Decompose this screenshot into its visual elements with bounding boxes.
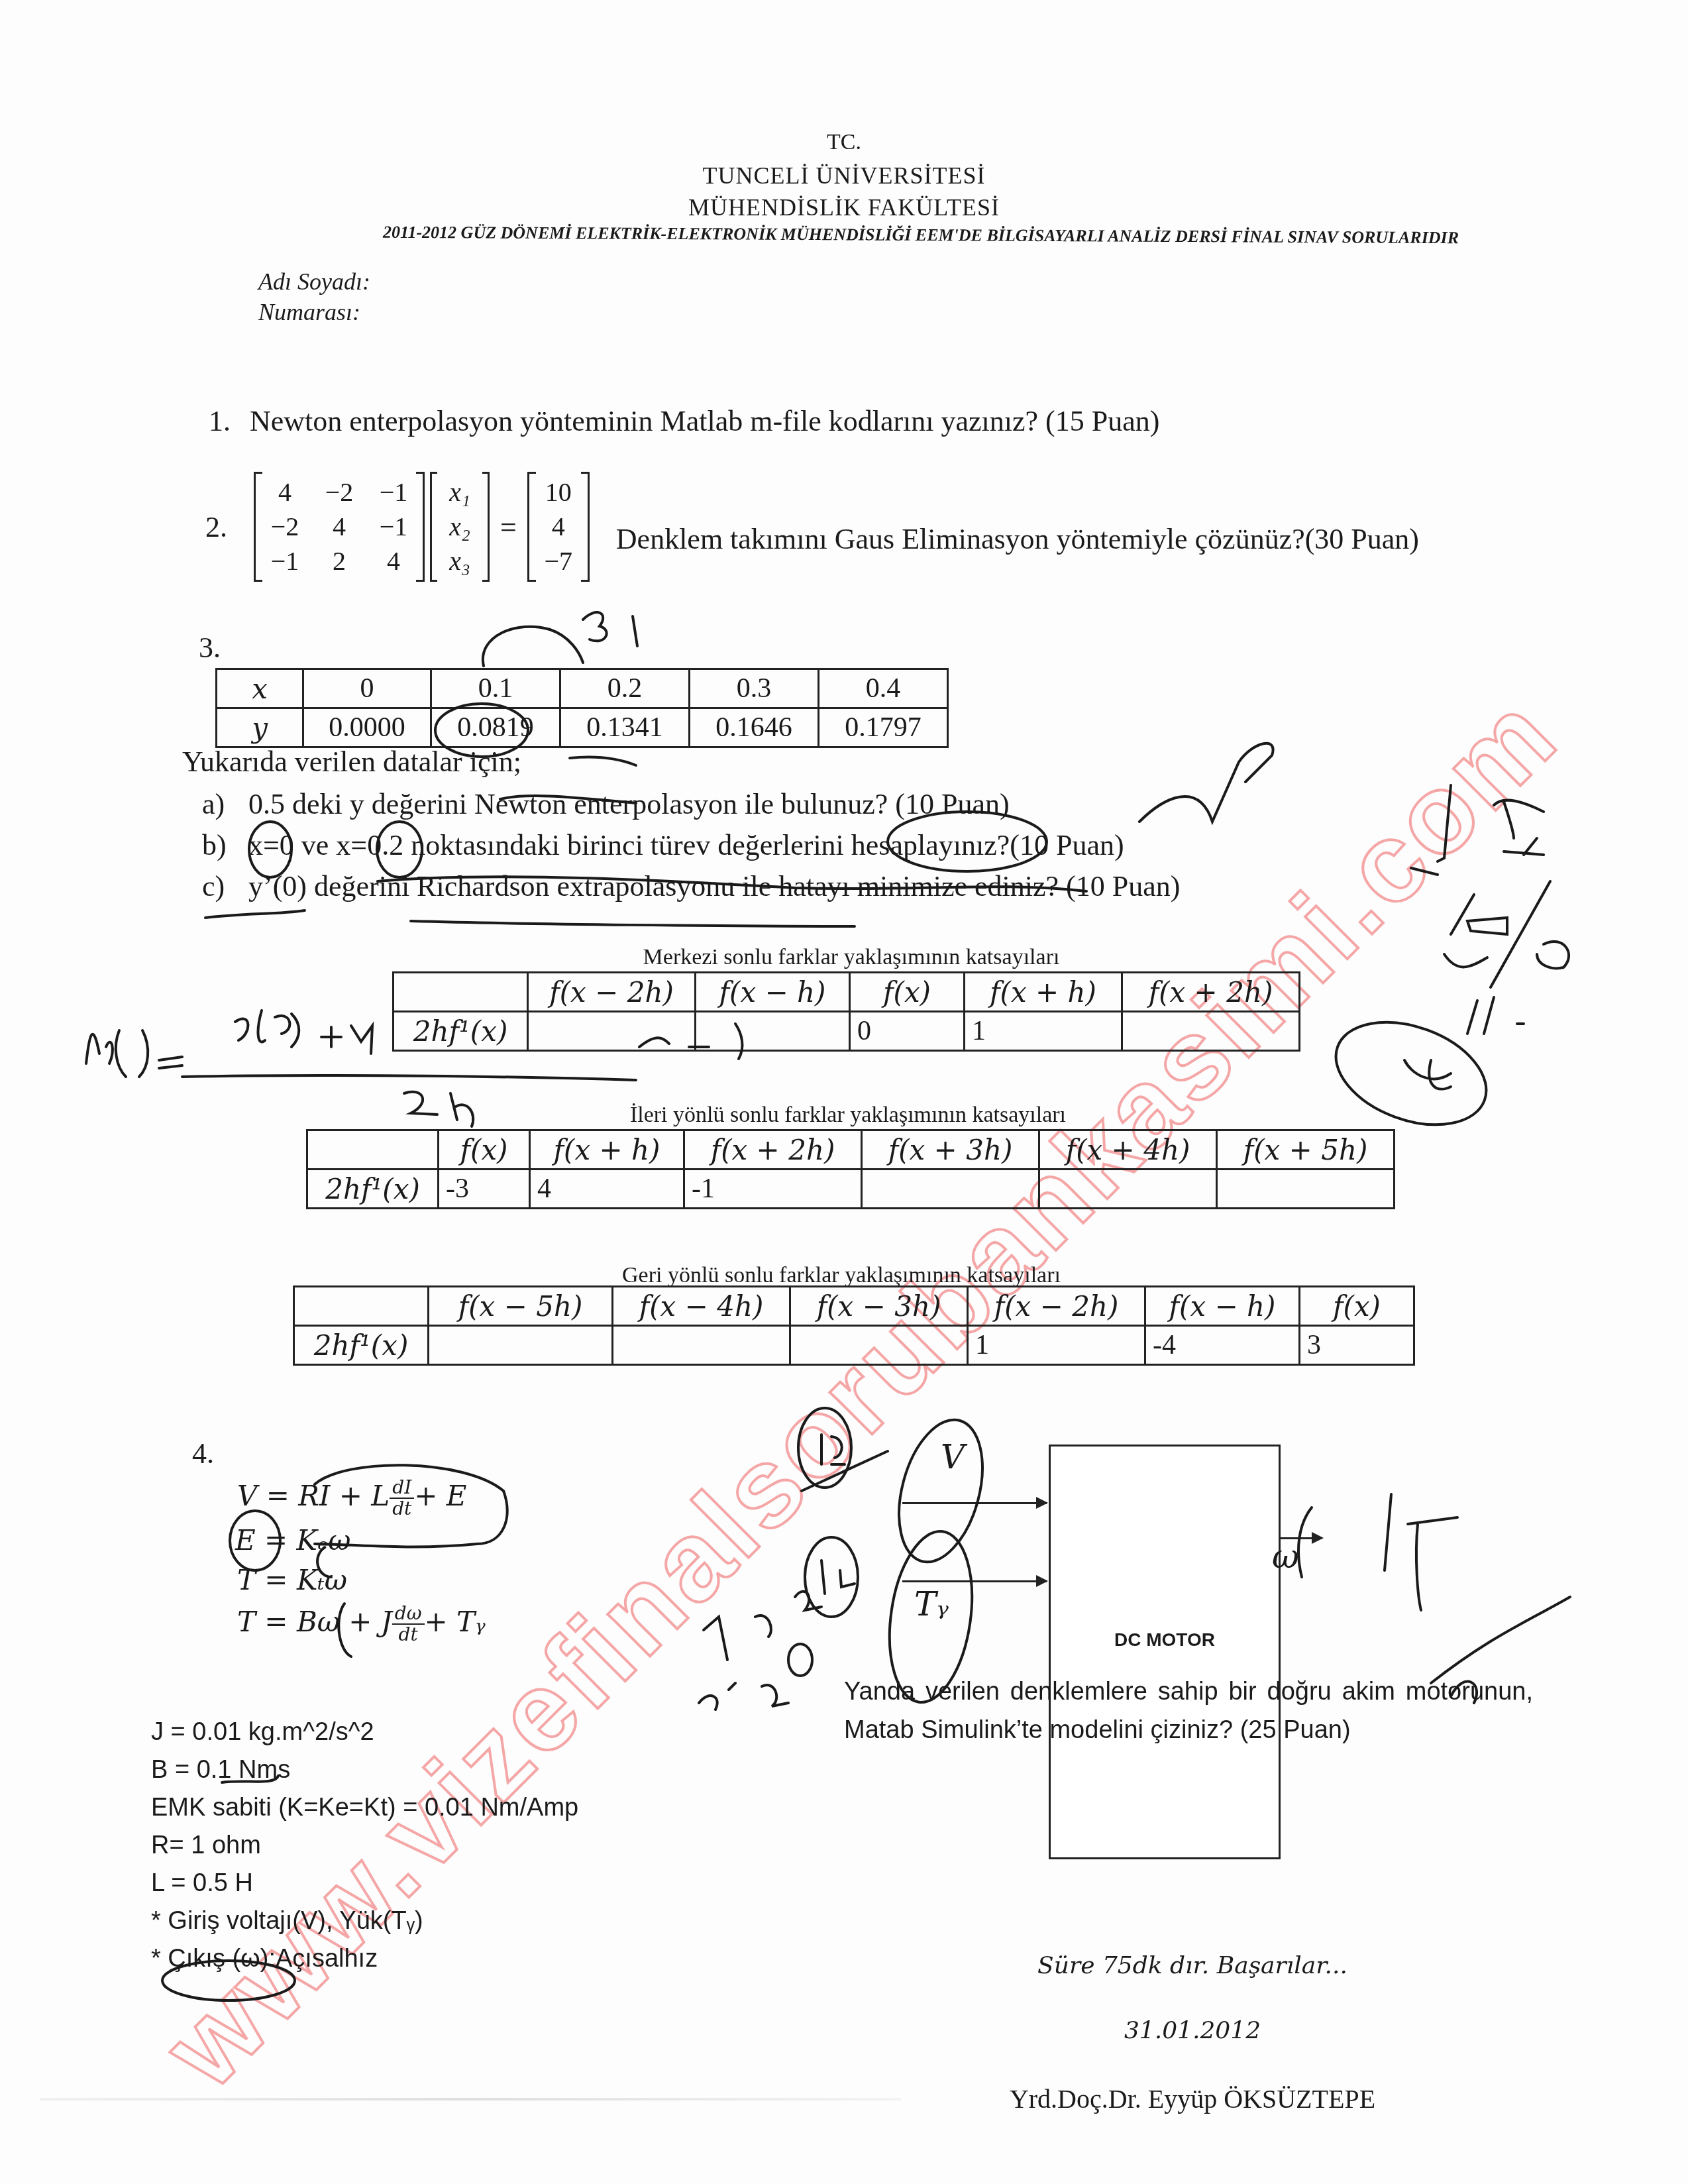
question-3-part-a: a)0.5 deki y değerini Newton enterpolasy… — [202, 787, 1180, 828]
input-arrow-voltage — [902, 1502, 1047, 1504]
coefficient-cell: 1 — [968, 1326, 1145, 1365]
scan-artifact — [40, 2098, 901, 2101]
header-cell: f(x) — [850, 973, 965, 1012]
parameter-line: J = 0.01 kg.m^2/s^2 — [151, 1714, 578, 1751]
header-cell: f(x − 3h) — [790, 1287, 968, 1326]
equation-emf: E = Kₑω — [235, 1524, 350, 1556]
x-value: 0 — [303, 669, 431, 708]
vector-cell: 4 — [540, 510, 577, 544]
coefficient-cell: -3 — [439, 1170, 530, 1209]
question-text: Denklem takımını Gaus Eliminasyon yöntem… — [616, 522, 1419, 556]
dc-motor-block: DC MOTOR — [1049, 1445, 1281, 1859]
output-label-omega: ω — [1272, 1537, 1299, 1576]
question-4-number: 4. — [192, 1437, 214, 1470]
faculty-name: MÜHENDİSLİK FAKÜLTESİ — [0, 193, 1688, 221]
exam-subtitle: 2011-2012 GÜZ DÖNEMİ ELEKTRİK-ELEKTRONİK… — [358, 223, 1484, 248]
student-number-field: Numarası: — [258, 298, 360, 326]
vector-b: 104−7 — [527, 472, 590, 582]
forward-table-caption: İleri yönlü sonlu farklar yaklaşımının k… — [305, 1103, 1391, 1128]
vector-cell: x₁ — [441, 475, 478, 510]
coefficient-cell: -4 — [1145, 1326, 1300, 1365]
x-label: x — [217, 669, 303, 708]
matrix-cell: −2 — [266, 510, 303, 544]
y-value: 0.0819 — [431, 708, 560, 747]
matrix-cell: 4 — [266, 475, 303, 510]
coefficient-cell: 1 — [965, 1012, 1122, 1051]
header-cell: f(x + 3h) — [862, 1130, 1039, 1170]
question-4-text: Yanda verilen denklemlere sahip bir doğr… — [844, 1672, 1533, 1749]
data-table: x00.10.20.30.4 y0.00000.08190.13410.1646… — [215, 668, 949, 748]
part-label: a) — [202, 787, 248, 821]
header-cell: f(x − 5h) — [429, 1287, 613, 1326]
coefficient-cell — [696, 1012, 850, 1051]
matrix-cell: 4 — [321, 510, 358, 544]
question-3-number: 3. — [199, 631, 221, 665]
vector-cell: 10 — [540, 475, 577, 510]
parameter-line: L = 0.5 H — [151, 1865, 578, 1902]
matrix-cell: −1 — [266, 544, 303, 578]
header-cell: f(x − h) — [1145, 1287, 1300, 1326]
row-label: 2hf¹(x) — [394, 1012, 528, 1051]
central-table-caption: Merkezi sonlu farklar yaklaşımının katsa… — [391, 945, 1312, 970]
parameter-line: B = 0.1 Nms — [151, 1751, 578, 1789]
header-cell: f(x − 2h) — [968, 1287, 1145, 1326]
corner-cell — [294, 1287, 429, 1326]
corner-cell — [307, 1130, 439, 1170]
equation-torque-1: T = Kₜω — [237, 1564, 347, 1596]
coefficient-cell — [429, 1326, 613, 1365]
header-cell: f(x + h) — [530, 1130, 684, 1170]
y-value: 0.1341 — [560, 708, 690, 747]
central-difference-table: f(x − 2h)f(x − h)f(x)f(x + h)f(x + 2h)2h… — [392, 971, 1300, 1052]
motor-parameters: J = 0.01 kg.m^2/s^2B = 0.1 NmsEMK sabiti… — [151, 1714, 578, 1978]
question-3-part-b: b)x=0 ve x=0.2 noktasındaki birinci türe… — [202, 828, 1180, 869]
vector-cell: x₂ — [441, 510, 478, 544]
equals-sign: = — [500, 510, 517, 544]
y-value: 0.1797 — [819, 708, 948, 747]
coefficient-cell: 3 — [1300, 1326, 1414, 1365]
parameter-line: R= 1 ohm — [151, 1827, 578, 1865]
matrix-cell: 4 — [375, 544, 412, 578]
matrix-cell: −1 — [375, 510, 412, 544]
header-cell: f(x + h) — [965, 973, 1122, 1012]
equation-torque-2: T = Bω + Jdωdt+ Tᵧ — [237, 1604, 486, 1645]
header-cell: f(x − 2h) — [528, 973, 696, 1012]
coefficient-cell: 0 — [850, 1012, 965, 1051]
coefficient-cell — [790, 1326, 968, 1365]
question-3-part-c: c)y’(0) değerini Richardson extrapolasyo… — [202, 869, 1180, 910]
part-text: 0.5 deki y değerini Newton enterpolasyon… — [248, 788, 1010, 820]
coefficient-cell — [613, 1326, 790, 1365]
row-label: 2hf¹(x) — [294, 1326, 429, 1365]
exam-duration: Süre 75dk dır. Başarılar... — [961, 1952, 1424, 1979]
question-3-intro: Yukarıda verilen datalar için; — [182, 745, 521, 779]
x-value: 0.2 — [560, 669, 690, 708]
header-cell: f(x − h) — [696, 973, 850, 1012]
coefficient-cell — [1217, 1170, 1395, 1209]
coefficient-cell — [1039, 1170, 1217, 1209]
matrix-cell: −2 — [321, 475, 358, 510]
coefficient-cell: -1 — [684, 1170, 862, 1209]
university-name: TUNCELİ ÜNİVERSİTESİ — [0, 162, 1688, 190]
question-number: 1. — [209, 405, 231, 437]
question-number: 2. — [205, 510, 227, 544]
coefficient-cell: 4 — [530, 1170, 684, 1209]
header-cell: f(x + 2h) — [684, 1130, 862, 1170]
vector-cell: x₃ — [441, 544, 478, 578]
input-label-voltage: V — [941, 1438, 965, 1476]
instructor-name: Yrd.Doç.Dr. Eyyüp ÖKSÜZTEPE — [961, 2083, 1424, 2114]
backward-difference-table: f(x − 5h)f(x − 4h)f(x − 3h)f(x − 2h)f(x … — [293, 1285, 1415, 1366]
matrix-a: 4−2−1−24−1−124 — [254, 472, 425, 582]
coefficient-cell — [1122, 1012, 1300, 1051]
matrix-cell: 2 — [321, 544, 358, 578]
vector-x: x₁x₂x₃ — [430, 472, 490, 582]
parameter-line: EMK sabiti (K=Ke=Kt) = 0.01 Nm/Amp — [151, 1789, 578, 1827]
part-text: x=0 ve x=0.2 noktasındaki birinci türev … — [248, 829, 1124, 861]
x-value: 0.4 — [819, 669, 948, 708]
question-text: Newton enterpolasyon yönteminin Matlab m… — [250, 405, 1159, 437]
parameter-line: * Çıkış (ω):Açısalhız — [151, 1940, 578, 1978]
part-label: b) — [202, 828, 248, 862]
x-value: 0.3 — [690, 669, 819, 708]
coefficient-cell — [862, 1170, 1039, 1209]
header-cell: f(x) — [1300, 1287, 1414, 1326]
part-text: y’(0) değerini Richardson extrapolasyonu… — [248, 870, 1180, 902]
y-value: 0.1646 — [690, 708, 819, 747]
backward-table-caption: Geri yönlü sonlu farklar yaklaşımının ka… — [291, 1263, 1391, 1288]
header-tc: TC. — [0, 130, 1688, 155]
header-cell: f(x) — [439, 1130, 530, 1170]
header-cell: f(x − 4h) — [613, 1287, 790, 1326]
vector-cell: −7 — [540, 544, 577, 578]
exam-date: 31.01.2012 — [961, 2017, 1424, 2044]
x-value: 0.1 — [431, 669, 560, 708]
row-label: 2hf¹(x) — [307, 1170, 439, 1209]
corner-cell — [394, 973, 528, 1012]
matrix-cell: −1 — [375, 475, 412, 510]
y-label: y — [217, 708, 303, 747]
parameter-line: * Giriş voltajı(V), Yük(Tᵧ) — [151, 1902, 578, 1940]
header-cell: f(x + 5h) — [1217, 1130, 1395, 1170]
equation-voltage: V = RI + LdIdt+ E — [237, 1478, 466, 1519]
dc-motor-label: DC MOTOR — [1051, 1629, 1279, 1651]
question-2: 2. 4−2−1−24−1−124 x₁x₂x₃ = 104−7 Denklem… — [205, 472, 1419, 582]
student-name-field: Adı Soyadı: — [258, 268, 370, 296]
header-cell: f(x + 2h) — [1122, 973, 1300, 1012]
forward-difference-table: f(x)f(x + h)f(x + 2h)f(x + 3h)f(x + 4h)f… — [306, 1129, 1395, 1209]
y-value: 0.0000 — [303, 708, 431, 747]
part-label: c) — [202, 869, 248, 903]
question-3-parts: a)0.5 deki y değerini Newton enterpolasy… — [202, 787, 1180, 910]
question-1: 1. Newton enterpolasyon yönteminin Matla… — [209, 404, 1159, 438]
coefficient-cell — [528, 1012, 696, 1051]
input-arrow-load-torque — [902, 1580, 1047, 1582]
header-cell: f(x + 4h) — [1039, 1130, 1217, 1170]
input-label-load-torque: Tᵧ — [914, 1585, 949, 1623]
